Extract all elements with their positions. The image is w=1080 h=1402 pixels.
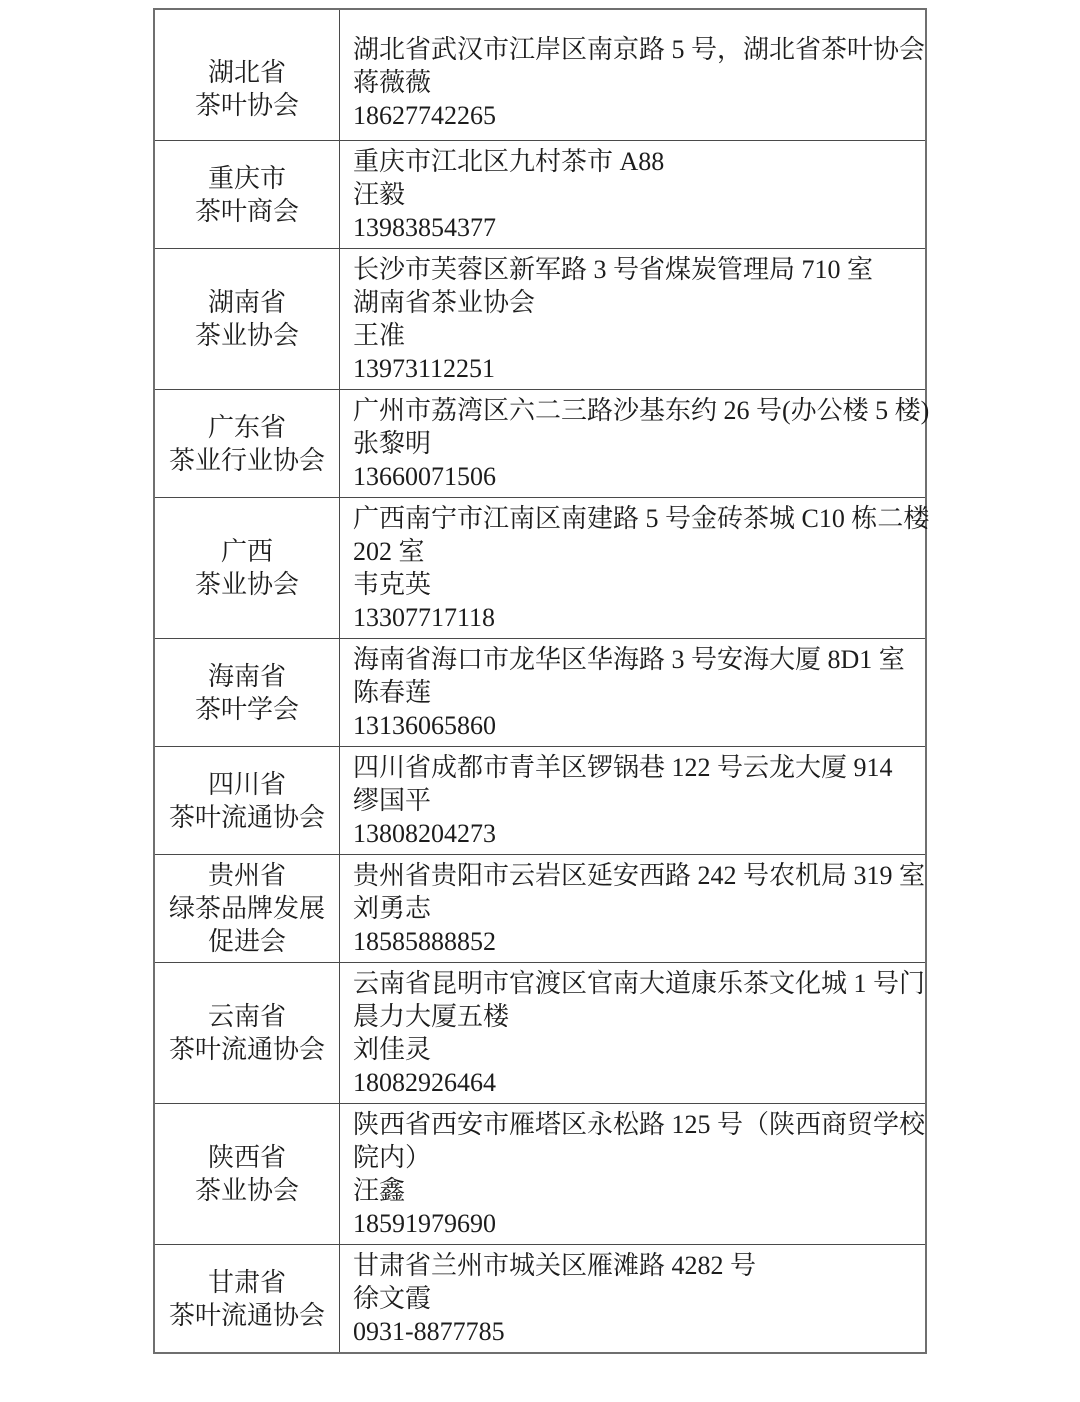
detail-line: 湖北省武汉市江岸区南京路 5 号，湖北省茶叶协会 [353,33,925,66]
detail-line: 18627742265 [353,99,925,132]
detail-line: 长沙市芙蓉区新军路 3 号省煤炭管理局 710 室 [353,253,919,286]
detail-line: 13307717118 [353,601,929,634]
detail-line: 湖南省茶业协会 [353,286,919,319]
detail-line: 缪国平 [353,784,919,817]
detail-line: 13808204273 [353,817,919,850]
org-name-line: 陕西省 [208,1141,286,1174]
org-name-line: 甘肃省 [208,1266,286,1299]
table-row: 湖北省茶叶协会湖北省武汉市江岸区南京路 5 号，湖北省茶叶协会蒋薇薇186277… [155,10,925,140]
detail-line: 云南省昆明市官渡区官南大道康乐茶文化城 1 号门 [353,967,925,1000]
detail-line: 张黎明 [353,427,929,460]
table-row: 陕西省茶业协会陕西省西安市雁塔区永松路 125 号（陕西商贸学校院内）汪鑫185… [155,1103,925,1244]
table-row: 广西茶业协会广西南宁市江南区南建路 5 号金砖茶城 C10 栋二楼202 室韦克… [155,497,925,638]
table-row: 甘肃省茶叶流通协会甘肃省兰州市城关区雁滩路 4282 号徐文霞0931-8877… [155,1244,925,1352]
org-name-line: 茶叶流通协会 [169,801,325,834]
tea-association-contact-table: 湖北省茶叶协会湖北省武汉市江岸区南京路 5 号，湖北省茶叶协会蒋薇薇186277… [153,8,927,1354]
detail-line: 四川省成都市青羊区锣锅巷 122 号云龙大厦 914 [353,751,919,784]
org-name-line: 茶叶商会 [195,195,299,228]
table-row: 海南省茶叶学会海南省海口市龙华区华海路 3 号安海大厦 8D1 室陈春莲1313… [155,638,925,746]
org-cell: 甘肃省茶叶流通协会 [155,1245,340,1352]
detail-line: 13973112251 [353,352,919,385]
detail-line: 甘肃省兰州市城关区雁滩路 4282 号 [353,1249,919,1282]
detail-line: 徐文霞 [353,1282,919,1315]
detail-cell: 甘肃省兰州市城关区雁滩路 4282 号徐文霞0931-8877785 [340,1245,925,1352]
detail-line: 陈春莲 [353,676,919,709]
org-name-line: 促进会 [208,925,286,958]
org-cell: 广西茶业协会 [155,498,340,638]
org-cell: 陕西省茶业协会 [155,1104,340,1244]
detail-line: 贵州省贵阳市云岩区延安西路 242 号农机局 319 室 [353,859,925,892]
org-name-line: 湖南省 [208,286,286,319]
detail-cell: 广西南宁市江南区南建路 5 号金砖茶城 C10 栋二楼202 室韦克英13307… [340,498,935,638]
table-row: 四川省茶叶流通协会四川省成都市青羊区锣锅巷 122 号云龙大厦 914缪国平13… [155,746,925,854]
org-cell: 云南省茶叶流通协会 [155,963,340,1103]
detail-line: 13983854377 [353,211,919,244]
org-name-line: 广东省 [208,411,286,444]
table-row: 湖南省茶业协会长沙市芙蓉区新军路 3 号省煤炭管理局 710 室湖南省茶业协会王… [155,248,925,389]
org-name-line: 绿茶品牌发展 [169,892,325,925]
org-name-line: 茶叶流通协会 [169,1033,325,1066]
org-cell: 四川省茶叶流通协会 [155,747,340,854]
detail-line: 陕西省西安市雁塔区永松路 125 号（陕西商贸学校 [353,1108,925,1141]
detail-line: 刘勇志 [353,892,925,925]
org-name-line: 四川省 [208,768,286,801]
org-cell: 广东省茶业行业协会 [155,390,340,497]
detail-cell: 海南省海口市龙华区华海路 3 号安海大厦 8D1 室陈春莲13136065860 [340,639,925,746]
detail-line: 汪鑫 [353,1174,925,1207]
table-row: 贵州省绿茶品牌发展促进会贵州省贵阳市云岩区延安西路 242 号农机局 319 室… [155,854,925,962]
detail-line: 海南省海口市龙华区华海路 3 号安海大厦 8D1 室 [353,643,919,676]
detail-line: 13136065860 [353,709,919,742]
detail-line: 202 室 [353,535,929,568]
detail-cell: 云南省昆明市官渡区官南大道康乐茶文化城 1 号门晨力大厦五楼刘佳灵1808292… [340,963,931,1103]
org-cell: 重庆市茶叶商会 [155,141,340,248]
org-name-line: 海南省 [208,660,286,693]
org-cell: 湖北省茶叶协会 [155,10,340,140]
org-name-line: 云南省 [208,1000,286,1033]
org-name-line: 贵州省 [208,859,286,892]
detail-line: 王准 [353,319,919,352]
detail-line: 广州市荔湾区六二三路沙基东约 26 号(办公楼 5 楼) [353,394,929,427]
detail-cell: 广州市荔湾区六二三路沙基东约 26 号(办公楼 5 楼)张黎明136600715… [340,390,935,497]
org-name-line: 茶叶协会 [195,89,299,122]
detail-cell: 重庆市江北区九村茶市 A88汪毅13983854377 [340,141,925,248]
detail-line: 18591979690 [353,1207,925,1240]
detail-cell: 长沙市芙蓉区新军路 3 号省煤炭管理局 710 室湖南省茶业协会王准139731… [340,249,925,389]
detail-cell: 湖北省武汉市江岸区南京路 5 号，湖北省茶叶协会蒋薇薇18627742265 [340,10,931,140]
detail-line: 蒋薇薇 [353,66,925,99]
detail-cell: 四川省成都市青羊区锣锅巷 122 号云龙大厦 914缪国平13808204273 [340,747,925,854]
table-row: 广东省茶业行业协会广州市荔湾区六二三路沙基东约 26 号(办公楼 5 楼)张黎明… [155,389,925,497]
detail-cell: 陕西省西安市雁塔区永松路 125 号（陕西商贸学校院内）汪鑫1859197969… [340,1104,931,1244]
table-row: 云南省茶叶流通协会云南省昆明市官渡区官南大道康乐茶文化城 1 号门晨力大厦五楼刘… [155,962,925,1103]
org-name-line: 广西 [221,535,273,568]
org-name-line: 茶叶学会 [195,693,299,726]
table-row: 重庆市茶叶商会重庆市江北区九村茶市 A88汪毅13983854377 [155,140,925,248]
org-name-line: 茶业行业协会 [169,444,325,477]
detail-line: 13660071506 [353,460,929,493]
detail-line: 广西南宁市江南区南建路 5 号金砖茶城 C10 栋二楼 [353,502,929,535]
detail-line: 18585888852 [353,925,925,958]
detail-line: 刘佳灵 [353,1033,925,1066]
detail-line: 18082926464 [353,1066,925,1099]
detail-line: 院内） [353,1141,925,1174]
org-name-line: 茶叶流通协会 [169,1299,325,1332]
org-name-line: 茶业协会 [195,1174,299,1207]
org-cell: 海南省茶叶学会 [155,639,340,746]
org-cell: 湖南省茶业协会 [155,249,340,389]
detail-line: 韦克英 [353,568,929,601]
detail-cell: 贵州省贵阳市云岩区延安西路 242 号农机局 319 室刘勇志185858888… [340,855,931,962]
document-page: 湖北省茶叶协会湖北省武汉市江岸区南京路 5 号，湖北省茶叶协会蒋薇薇186277… [0,0,1080,1402]
detail-line: 重庆市江北区九村茶市 A88 [353,145,919,178]
detail-line: 晨力大厦五楼 [353,1000,925,1033]
org-name-line: 茶业协会 [195,319,299,352]
org-name-line: 重庆市 [208,162,286,195]
org-name-line: 茶业协会 [195,568,299,601]
detail-line: 0931-8877785 [353,1315,919,1348]
detail-line: 汪毅 [353,178,919,211]
org-name-line: 湖北省 [208,56,286,89]
org-cell: 贵州省绿茶品牌发展促进会 [155,855,340,962]
